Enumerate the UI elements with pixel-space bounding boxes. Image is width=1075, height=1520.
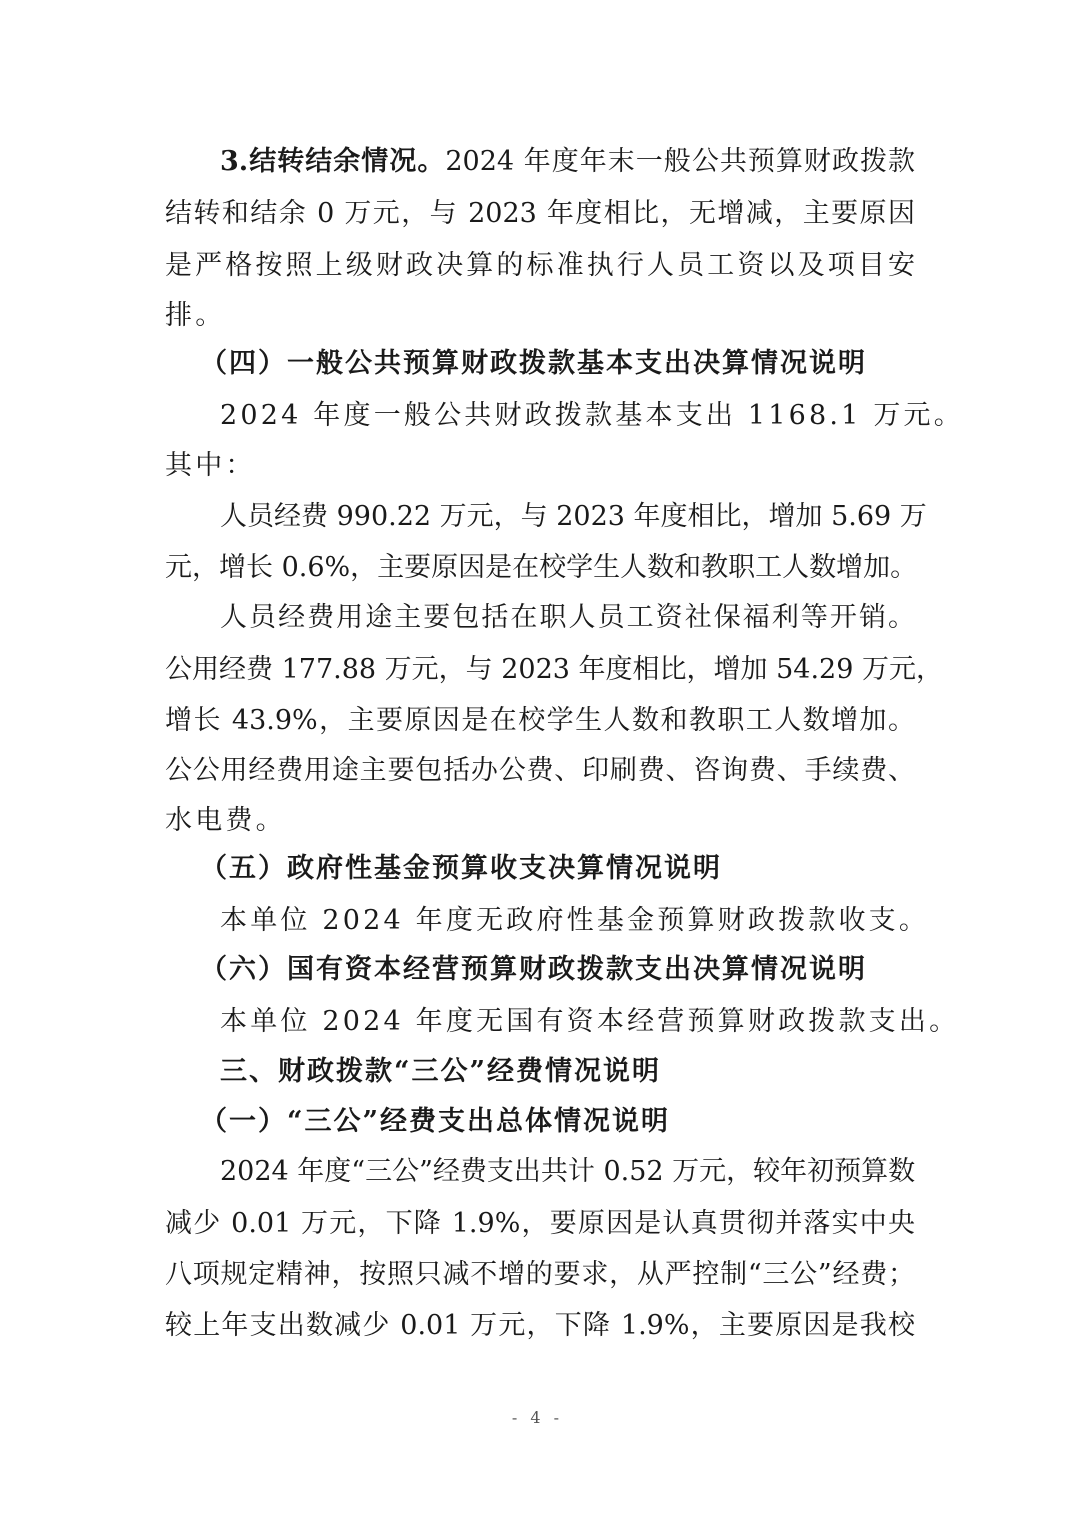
paragraph-line: 本单位 2024 年度无政府性基金预算财政拨款收支。 xyxy=(220,901,915,941)
inline-heading: 3.结转结余情况。 xyxy=(220,146,445,177)
paragraph-line: 本单位 2024 年度无国有资本经营预算财政拨款支出。 xyxy=(220,1002,915,1042)
section-heading: （五）政府性基金预算收支决算情况说明 xyxy=(200,849,950,889)
paragraph-line: 公公用经费用途主要包括办公费、印刷费、咨询费、手续费、 xyxy=(165,751,915,791)
paragraph-line: 公用经费 177.88 万元，与 2023 年度相比，增加 54.29 万元， xyxy=(165,650,915,690)
section-heading: （六）国有资本经营预算财政拨款支出决算情况说明 xyxy=(200,950,950,990)
paragraph-line: 3.结转结余情况。2024 年度年末一般公共预算财政拨款 xyxy=(220,142,915,182)
paragraph-line: 排。 xyxy=(165,296,915,336)
paragraph-line: 元，增长 0.6%，主要原因是在校学生人数和教职工人数增加。 xyxy=(165,548,915,588)
paragraph-line: 人员经费用途主要包括在职人员工资社保福利等开销。 xyxy=(220,598,915,638)
chapter-heading: 三、财政拨款“三公”经费情况说明 xyxy=(220,1052,915,1092)
paragraph-line: 2024 年度一般公共财政拨款基本支出 1168.1 万元。 xyxy=(220,396,915,436)
paragraph-line: 增长 43.9%，主要原因是在校学生人数和教职工人数增加。 xyxy=(165,701,915,741)
paragraph-line: 减少 0.01 万元，下降 1.9%，要原因是认真贯彻并落实中央 xyxy=(165,1204,915,1244)
paragraph-line: 较上年支出数减少 0.01 万元，下降 1.9%，主要原因是我校 xyxy=(165,1306,915,1346)
paragraph-line: 2024 年度“三公”经费支出共计 0.52 万元，较年初预算数 xyxy=(220,1152,915,1192)
paragraph-line: 八项规定精神，按照只减不增的要求，从严控制“三公”经费； xyxy=(165,1255,915,1295)
section-heading: （一）“三公”经费支出总体情况说明 xyxy=(200,1102,950,1142)
paragraph-line: 人员经费 990.22 万元，与 2023 年度相比，增加 5.69 万 xyxy=(220,497,915,537)
section-heading: （四）一般公共预算财政拨款基本支出决算情况说明 xyxy=(200,344,950,384)
page-number: - 4 - xyxy=(0,1408,1075,1427)
paragraph-line: 是严格按照上级财政决算的标准执行人员工资以及项目安 xyxy=(165,246,915,286)
paragraph-line: 其中： xyxy=(165,446,915,486)
paragraph-line: 水电费。 xyxy=(165,801,915,841)
paragraph-line: 结转和结余 0 万元，与 2023 年度相比，无增减，主要原因 xyxy=(165,194,915,234)
